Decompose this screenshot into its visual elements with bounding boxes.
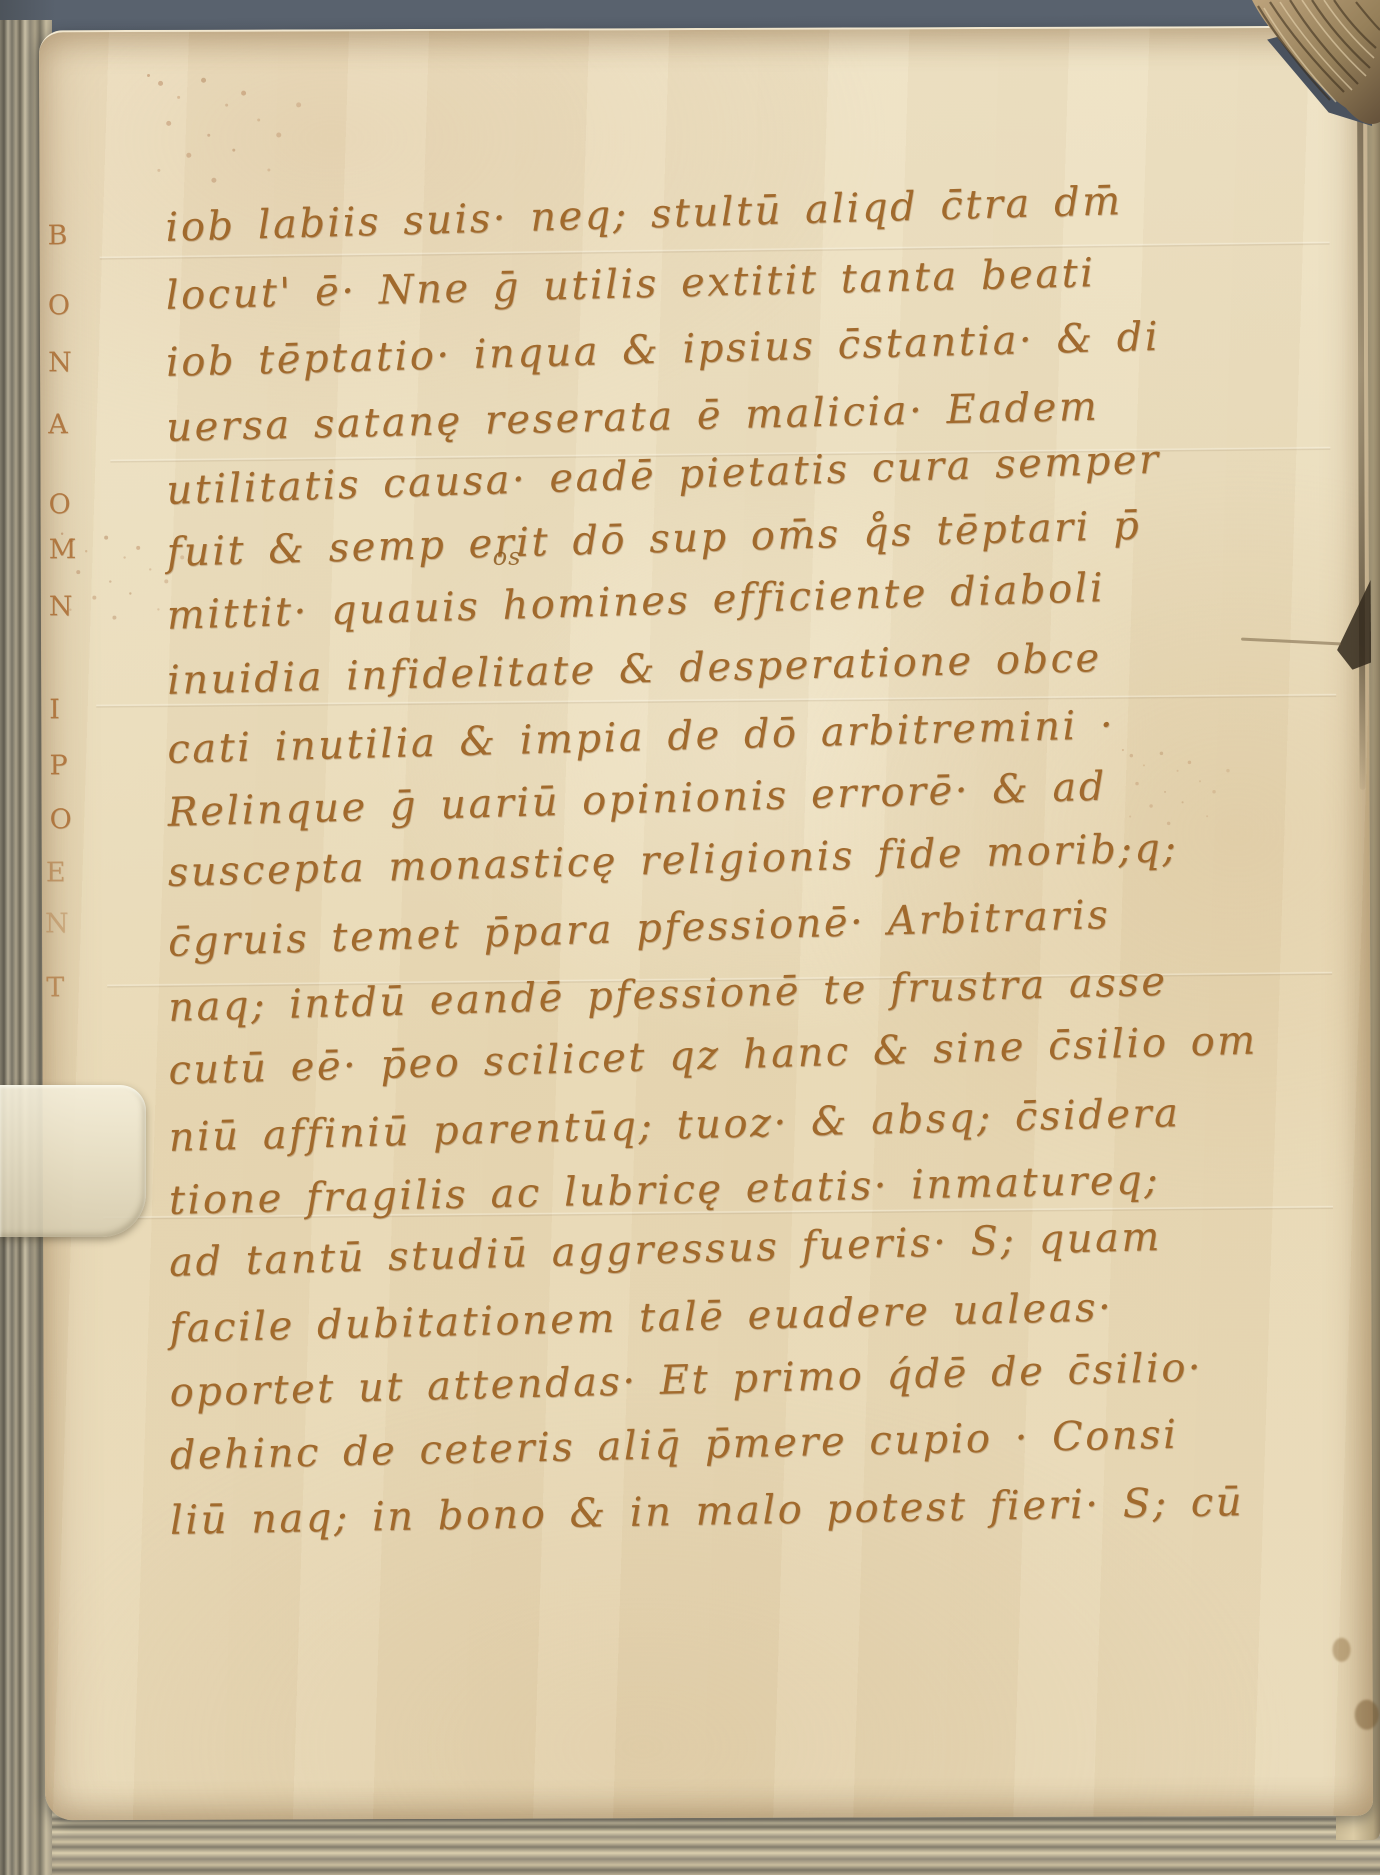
text-line: Relinque ḡ uariū opinionis errorē· & ad	[167, 766, 1107, 834]
margin-letter: E	[46, 859, 66, 886]
margin-letter: P	[49, 752, 67, 779]
margin-letter: T	[46, 974, 64, 1001]
edge-stain	[1332, 1638, 1350, 1662]
text-line: iob labiis suis· neq; stultū aliqd c̄tra…	[165, 180, 1123, 249]
text-line: fuit & semp erit dō sup om̄s q̊s tēptari…	[166, 505, 1142, 574]
page-edge-notch	[1337, 580, 1371, 670]
text-line: facile dubitationem talē euadere ualeas·	[169, 1286, 1114, 1349]
text-line: locut' ē· Nne ḡ utilis extitit tanta bea…	[165, 252, 1096, 317]
text-line: uersa satanę reserata ē malicia· Eadem	[166, 386, 1100, 449]
margin-letter: B	[48, 222, 68, 249]
foxing-speckles	[147, 74, 150, 77]
margin-letter: O	[48, 491, 70, 518]
text-line: dehinc de ceteris aliq̄ p̄mere cupio · C…	[169, 1414, 1178, 1477]
margin-letter: I	[49, 696, 60, 723]
margin-letter: O	[50, 806, 72, 833]
page-scratch	[1241, 638, 1341, 646]
interlinear-gloss: os	[493, 545, 522, 569]
photo-backdrop: iob labiis suis· neq; stultū aliqd c̄tra…	[0, 0, 1380, 1875]
margin-letter: N	[45, 910, 69, 937]
edge-stain	[1355, 1700, 1379, 1730]
text-line: oportet ut attendas· Et primo q́dē de c̄…	[169, 1347, 1203, 1414]
text-line: cutū eē· p̄eo scilicet qz hanc & sine c̄…	[168, 1019, 1258, 1091]
margin-letter: O	[48, 292, 70, 319]
margin-letter: A	[48, 411, 68, 438]
text-line: utilitatis causa· eadē pietatis cura sem…	[166, 439, 1161, 512]
text-line: liū naq; in bono & in malo potest fieri·…	[170, 1481, 1245, 1542]
text-line: iob tēptatio· inqua & ipsius c̄stantia· …	[165, 316, 1160, 384]
manuscript-page: iob labiis suis· neq; stultū aliqd c̄tra…	[39, 26, 1373, 1821]
margin-letter: M	[49, 536, 77, 563]
page-edge-gap	[1357, 90, 1365, 790]
foxing-speckles	[1122, 749, 1124, 751]
text-line: inuidia infidelitate & desperatione obce	[167, 637, 1102, 702]
text-line: mittit· quauis homines efficiente diabol…	[166, 567, 1105, 637]
text-line: tione fragilis ac lubricę etatis· inmatu…	[169, 1159, 1161, 1222]
fur-tuft-icon	[1218, 0, 1380, 132]
text-line: cati inutilia & impia de dō arbitremini …	[167, 704, 1116, 771]
margin-letter: N	[49, 593, 73, 620]
text-line: suscepta monasticę religionis fide morib…	[167, 827, 1179, 894]
text-line: c̄gruis temet p̄para pfessionē· Arbitrar…	[167, 894, 1110, 964]
margin-letter: N	[48, 349, 72, 376]
text-line: ad tantū studiū aggressus fueris· S; qua…	[169, 1216, 1163, 1284]
vellum-index-tab	[0, 1085, 146, 1237]
text-line: naq; intdū eandē pfessionē te frustra as…	[168, 961, 1168, 1029]
text-line: niū affiniū parentūq; tuoz· & absq; c̄si…	[168, 1092, 1181, 1159]
